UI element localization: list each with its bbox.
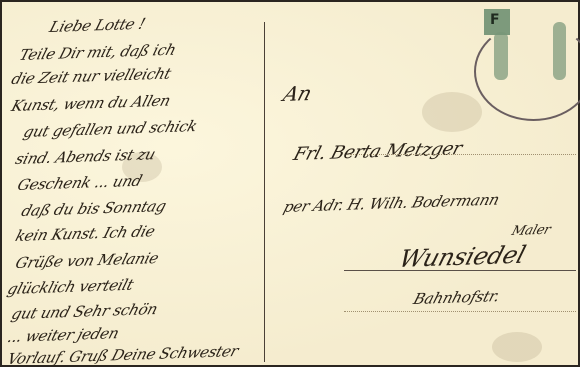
message-line: die Zeit nur vielleicht	[9, 65, 173, 88]
address-line-solid	[344, 270, 576, 271]
message-line: Kunst, wenn du Allen	[9, 92, 172, 115]
address-occupation: Maler	[510, 223, 552, 239]
address-care-of: per Adr. H. Wilh. Bodermann	[281, 191, 501, 216]
postcard: Liebe Lotte ! Teile Dir mit, daß ich die…	[2, 2, 578, 365]
stamp-glyph: F	[490, 12, 500, 28]
message-line: Geschenk ... und	[15, 172, 144, 194]
message-line: glücklich verteilt	[5, 276, 135, 298]
message-line: kein Kunst. Ich die	[13, 222, 157, 245]
message-line: Vorlauf. Gruß Deine Schwester	[5, 342, 240, 367]
message-line: gut gefallen und schick	[21, 117, 199, 141]
address-line-dotted	[350, 154, 576, 155]
message-line: Liebe Lotte !	[47, 15, 147, 36]
message-line: daß du bis Sonntag	[19, 197, 168, 220]
message-line: ... weiter jeden	[5, 324, 121, 346]
stain	[492, 332, 542, 362]
postmark-circle	[474, 22, 580, 121]
address-line-dotted	[344, 311, 576, 312]
address-salutation: An	[281, 81, 315, 106]
address-city: Wunsiedel	[396, 241, 529, 273]
address-street: Bahnhofstr.	[411, 287, 501, 308]
message-line: Grüße von Melanie	[13, 249, 160, 272]
message-line: gut und Sehr schön	[9, 300, 159, 323]
message-line: Teile Dir mit, daß ich	[17, 41, 178, 64]
center-divider-line	[264, 22, 265, 362]
stain	[422, 92, 482, 132]
address-recipient: Frl. Berta Metzger	[291, 138, 465, 165]
